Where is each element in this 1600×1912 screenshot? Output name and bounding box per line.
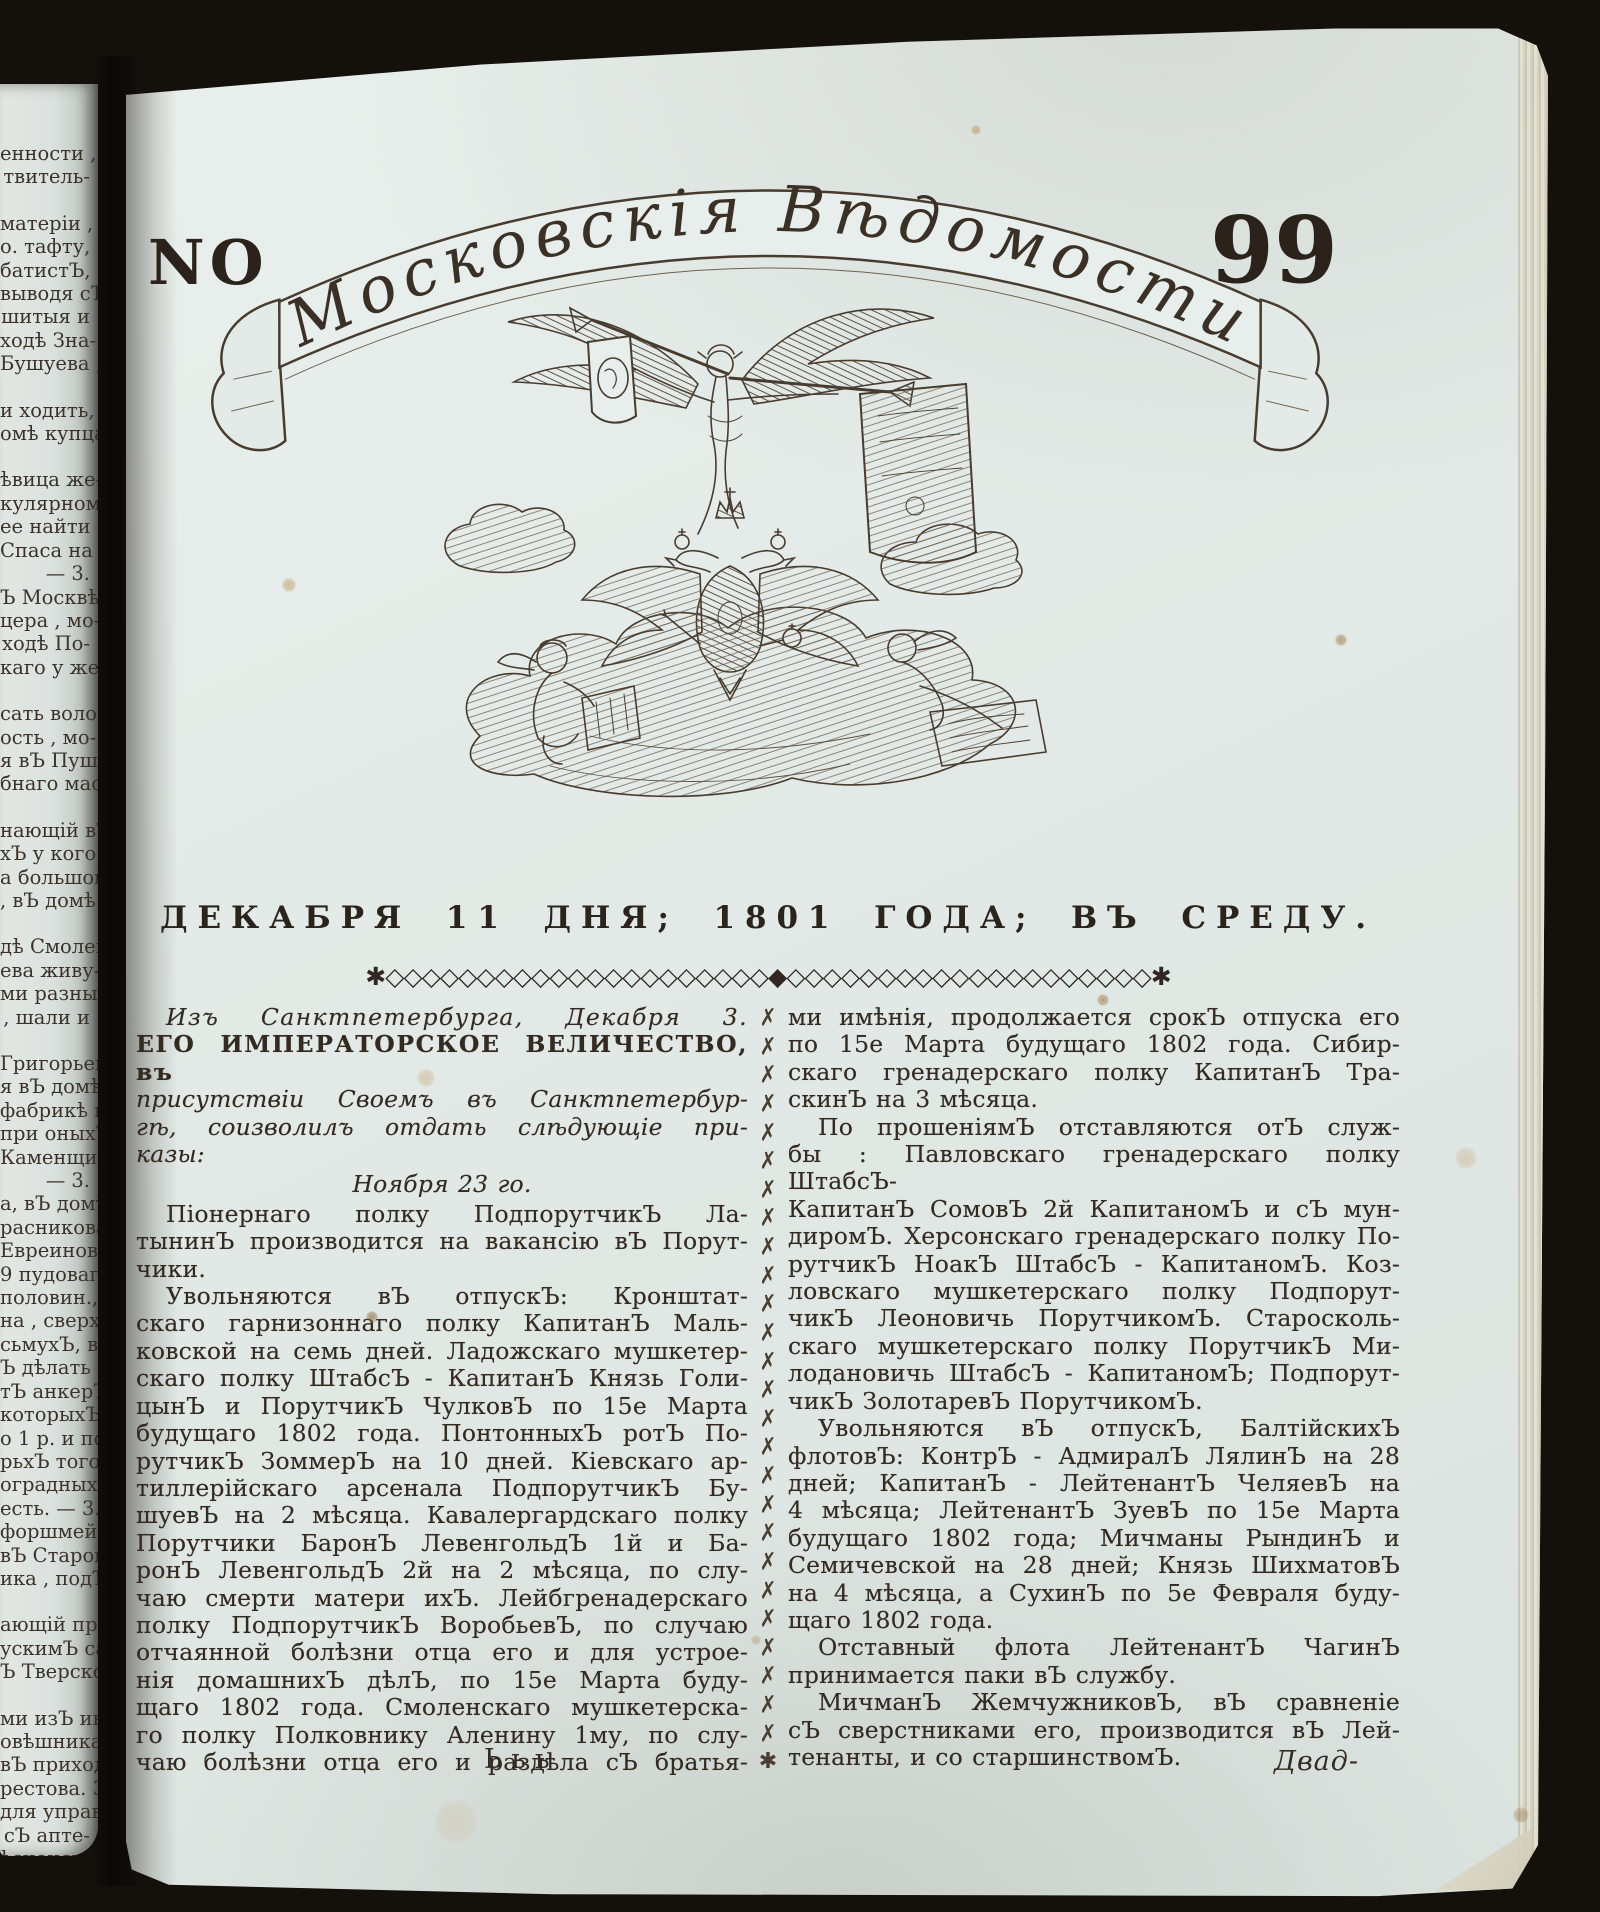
text-line: принимается паки вЪ службу. [788,1662,1400,1689]
prev-page-text-fragment: форшмей- [0,1520,90,1543]
text-line: присутствіи Своемъ въ Санктпетербур- [136,1086,748,1113]
paragraph: Піонернаго полку ПодпорутчикЪ Ла-тынинЪ … [136,1201,748,1283]
text-line: скаго гренадерскаго полку КапитанЪ Тра- [788,1059,1400,1086]
left-column: Изъ Санктпетербурга, Декабря 3.ЕГО ИМПЕР… [136,1004,748,1776]
stain-spot [1335,634,1347,646]
prev-page-text-fragment: сЪ апте- [0,1824,90,1847]
prev-page-text-fragment: , вЪ домѣ [0,889,90,912]
text-line: будущаго 1802 года. ПонтонныхЪ ротЪ По- [136,1420,748,1447]
prev-page-text-fragment: при оныхЪ, [0,1122,90,1145]
prev-page-text-fragment: ика , подЪ [0,1567,90,1590]
prev-page-text-fragment: Ъ Москвѣ, [0,586,90,609]
divider-ornament: ✗ [760,1177,777,1201]
ornament-separator: ✱◇◇◇◇◇◇◇◇◇◇◇◇◇◇◇◇◇◇◇◇◇◆◇◇◇◇◇◇◇◇◇◇◇◇◇◇◇◇◇… [136,962,1400,991]
prev-page-text-fragment: ѣвица же- [0,468,90,491]
stain-spot [971,125,981,135]
text-line: цынЪ и ПорутчикЪ ЧулковЪ по 15е Марта [136,1393,748,1420]
stain-spot [417,1069,435,1087]
text-line: ЕГО ИМПЕРАТОРСКОЕ ВЕЛИЧЕСТВО, въ [136,1031,748,1086]
divider-ornament: ✗ [760,1234,777,1258]
prev-page-text-fragment: омѣ купца [0,422,90,445]
text-line: на 4 мѣсяца, а СухинЪ по 5е Февраля буду… [788,1580,1400,1607]
divider-ornament: ✗ [760,1148,777,1172]
catchword: Двад- [1274,1746,1359,1777]
prev-page-text-fragment: сьмухЪ, вЪ [0,1333,90,1356]
prev-page-text-fragment: матеріи , [0,212,90,235]
text-line: бы : Павловскаго гренадерскаго полку Шта… [788,1141,1400,1196]
paragraph: Ноября 23 го. [136,1171,748,1198]
divider-ornament: ✗ [760,1463,777,1487]
prev-page-text-fragment: о 1 р. и по [0,1427,90,1450]
text-line: полку ПодпорутчикЪ ВоробьевЪ, по случаю [136,1612,748,1639]
text-line: щаго 1802 года. [788,1607,1400,1634]
text-line: тиллерійскаго арсенала ПодпорутчикЪ Бу- [136,1475,748,1502]
prev-page-text-fragment: хЪ у кого [0,842,90,865]
prev-page-text-fragment: Спаса на [0,539,90,562]
prev-page-text-fragment: Каменщи- [0,1146,90,1169]
prev-page-text-fragment: , шали и [0,1006,90,1029]
article-columns: Изъ Санктпетербурга, Декабря 3.ЕГО ИМПЕР… [136,1004,1400,1776]
prev-page-text-fragment: выводя сЪ [0,282,90,305]
text-line: чикЪ ЗолотаревЪ ПорутчикомЪ. [788,1388,1400,1415]
text-line: чаю болѣзни отца его и раздѣла сЪ братья… [136,1749,748,1776]
divider-ornament: ✗ [760,1578,777,1602]
divider-ornament: ✗ [760,1549,777,1573]
text-line: сЪ сверстниками его, производится вЪ Лей… [788,1717,1400,1744]
prev-page-text-fragment: — 3. [0,1169,90,1192]
photo-scene: енности ,твитель-матеріи ,о. тафту,батис… [0,0,1600,1912]
page-edge-sheets [1518,30,1548,1884]
divider-ornament: ✗ [760,1692,777,1716]
text-line: флотовЪ: КонтрЪ - АдмиралЪ ЛялинЪ на 28 [788,1443,1400,1470]
paragraph: По прошеніямЪ отставляются отЪ служ-бы :… [788,1114,1400,1415]
text-line: скинЪ на 3 мѣсяца. [788,1086,1400,1113]
stain-spot [1097,994,1109,1006]
prev-page-text-fragment: ходѣ Зна- [0,329,90,352]
text-line: КапитанЪ СомовЪ 2й КапитаномЪ и сЪ мун- [788,1196,1400,1223]
text-line: Отставный флота ЛейтенантЪ ЧагинЪ [788,1634,1400,1661]
stain-spot [1513,1807,1529,1823]
stain-spot [1455,1147,1477,1169]
text-line: нія домашнихЪ дѣлЪ, по 15е Марта буду- [136,1667,748,1694]
text-line: По прошеніямЪ отставляются отЪ служ- [788,1114,1400,1141]
prev-page-text-fragment: ми разныя [0,982,90,1005]
trumpet-banner [860,384,976,563]
text-line: диромЪ. Херсонскаго гренадерскаго полку … [788,1223,1400,1250]
prev-page-text-fragment [0,796,90,819]
text-line: го полку Полковнику Аленину 1му, по слу- [136,1722,748,1749]
divider-ornament: ✗ [760,1663,777,1687]
prev-page-text-fragment: на , сверхЪ [0,1309,90,1332]
prev-page-text-fragment: кулярному [0,492,90,515]
prev-page-text-fragment: нающій вЪ [0,819,90,842]
column-divider: ✗✗✗✗✗✗✗✗✗✗✗✗✗✗✗✗✗✗✗✗✗✗✗✗✗✗✱ [748,1004,788,1776]
prev-page-text-fragment: ева живу- [0,959,90,982]
prev-page-text-fragment: ЕвреиновЪ [0,1239,90,1262]
prev-page-text-fragment: есть. — 3. [0,1497,90,1520]
text-line: Порутчики БаронЪ ЛевенгольдЪ 1й и Ба- [136,1530,748,1557]
stain-spot [434,1800,478,1844]
text-line: шуевЪ на 2 мѣсяца. Кавалергардскаго полк… [136,1502,748,1529]
divider-ornament: ✗ [760,1406,777,1430]
prev-page-text-fragment: для управ- [0,1800,90,1823]
prev-page-text-fragment: я вЪ Пуш- [0,749,90,772]
prev-page-text-fragment: рестова. 3. [0,1777,90,1800]
text-line: гѣ, соизволилъ отдать слѣдующіе при- [136,1114,748,1141]
prev-page-text-fragment: дѣ Смолен. [0,935,90,958]
paragraph: Изъ Санктпетербурга, Декабря 3.ЕГО ИМПЕР… [136,1004,748,1168]
prev-page-text-fragment: вЪ Старой [0,1544,90,1567]
text-line: Піонернаго полку ПодпорутчикЪ Ла- [136,1201,748,1228]
text-line: Семичевской на 28 дней; Князь ШихматовЪ [788,1552,1400,1579]
masthead-engraving [330,266,1120,854]
prev-page-text-fragment: бнаго мас- [0,772,90,795]
prev-page-text-fragment: каго у же- [0,656,90,679]
prev-page-text-fragment: овѣшника, [0,1730,90,1753]
prev-page-text-fragment: — 3. [0,562,90,585]
prev-page-text-fragment: 9 пудоваго [0,1263,90,1286]
prev-page-text-fragment: я вЪ домѣ [0,1075,90,1098]
text-line: ковской на семь дней. Ладожскаго мушкете… [136,1338,748,1365]
text-line: 4 мѣсяца; ЛейтенантЪ ЗуевЪ по 15е Марта [788,1497,1400,1524]
divider-ornament: ✗ [760,1606,777,1630]
prev-page-text-fragment: цера , мо- [0,609,90,632]
divider-ornament: ✗ [760,1291,777,1315]
prev-page-text-fragment: твитель- [0,165,90,188]
text-line: казы: [136,1141,748,1168]
divider-ornament: ✗ [760,1205,777,1229]
divider-ornament: ✗ [760,1635,777,1659]
text-line: будущаго 1802 года; Мичманы РындинЪ и [788,1525,1400,1552]
prev-page-text-fragment [0,1029,90,1052]
prev-page-text-fragment: оградныхЪ [0,1473,90,1496]
divider-ornament: ✗ [760,1005,777,1029]
prev-page-text-fragment: шитыя и [0,305,90,328]
prev-page-text-fragment: и ходить, [0,399,90,422]
text-line: МичманЪ ЖемчужниковЪ, вЪ сравненіе [788,1689,1400,1716]
prev-page-text-fragment: ми изЪ ино- [0,1707,90,1730]
text-line: Изъ Санктпетербурга, Декабря 3. [136,1004,748,1031]
prev-page-text-fragment: ходѣ По- [0,632,90,655]
divider-ornament: ✗ [760,1034,777,1058]
text-line: ловскаго мушкетерскаго полку Подпорут- [788,1278,1400,1305]
text-line: рутчикЪ ЗоммерЪ на 10 дней. Кіевскаго ар… [136,1448,748,1475]
text-line: Увольняются вЪ отпускЪ, БалтійскихЪ [788,1415,1400,1442]
divider-ornament: ✗ [760,1377,777,1401]
newspaper-page: NO 99 Московскія Вѣдомости [126,0,1548,1898]
prev-page-text-fragment: Ъ Тверской [0,1660,90,1683]
text-line: тынинЪ производится на вакансію вЪ Порут… [136,1228,748,1255]
prev-page-text-fragment: которыхЪ [0,1403,90,1426]
prev-page-text-fragment [0,912,90,935]
stain-spot [282,578,296,592]
prev-page-text-fragment: фабрикѣ и [0,1099,90,1122]
divider-ornament-end: ✱ [759,1751,777,1773]
divider-ornament: ✗ [760,1492,777,1516]
text-line: отчаянной болѣзни отца его и для устрое- [136,1639,748,1666]
prev-page-text-fragment [0,376,90,399]
text-line: лодановичь ШтабсЪ - КапитаномЪ; Подпорут… [788,1360,1400,1387]
text-line: Ноября 23 го. [136,1171,748,1198]
prev-page-text-fragment: половин., [0,1286,90,1309]
previous-page-text-column: енности ,твитель-матеріи ,о. тафту,батис… [0,84,98,1856]
prev-page-text-fragment [0,1590,90,1613]
paragraph: ми имѣнія, продолжается срокЪ отпуска ег… [788,1004,1400,1114]
divider-ornament: ✗ [760,1349,777,1373]
prev-page-text-fragment: тЪ анкерЪ [0,1380,90,1403]
previous-page-edge: енности ,твитель-матеріи ,о. тафту,батис… [0,84,98,1856]
text-line: рутчикЪ НоакЪ ШтабсЪ - КапитаномЪ. Коз- [788,1251,1400,1278]
divider-ornament: ✗ [760,1520,777,1544]
prev-page-text-fragment [0,1684,90,1707]
text-line: Увольняются вЪ отпускЪ: Кронштат- [136,1283,748,1310]
text-line: скаго полку ШтабсЪ - КапитанЪ Князь Голи… [136,1365,748,1392]
text-line: чаю смерти матери ихЪ. Лейбгренадерскаго [136,1585,748,1612]
prev-page-text-fragment: ее найти [0,515,90,538]
prev-page-text-fragment: ающій при- [0,1613,90,1636]
prev-page-text-fragment: ГригорьевЪ [0,1052,90,1075]
dateline: ДЕКАБРЯ 11 ДНЯ; 1801 ГОДА; ВЪ СРЕДУ. [136,900,1400,936]
prev-page-text-fragment: а, вЪ домѣ [0,1192,90,1215]
text-line: скаго мушкетерскаго полку ПорутчикЪ Ми- [788,1333,1400,1360]
paragraph: Увольняются вЪ отпускЪ, БалтійскихЪфлото… [788,1415,1400,1634]
prev-page-text-fragment: о. тафту, [0,235,90,258]
text-line: ми имѣнія, продолжается срокЪ отпуска ег… [788,1004,1400,1031]
text-line: по 15е Марта будущаго 1802 года. Сибир- [788,1031,1400,1058]
prev-page-text-fragment: ѣсненской [0,1847,90,1856]
fame-figure [508,308,976,563]
text-line: скаго гарнизоннаго полку КапитанЪ Маль- [136,1310,748,1337]
prev-page-text-fragment: сать воло- [0,702,90,725]
prev-page-text-fragment: енности , [0,142,90,165]
prev-page-text-fragment: батистЪ, [0,259,90,282]
eagle-body [697,566,764,672]
text-line: щаго 1802 года. Смоленскаго мушкетерска- [136,1694,748,1721]
folded-corner [1436,1828,1532,1890]
signature-mark: Ььь [484,1744,559,1775]
prev-page-text-fragment: рьхЪ того [0,1450,90,1473]
prev-page-text-fragment: Ъ дѣлать [0,1356,90,1379]
divider-ornament: ✗ [760,1263,777,1287]
prev-page-text-fragment [0,189,90,212]
divider-ornament: ✗ [760,1721,777,1745]
prev-page-text-fragment [0,679,90,702]
text-line: чикЪ Леоновичь ПорутчикомЪ. Старосколь- [788,1305,1400,1332]
prev-page-text-fragment: ускимЪ са- [0,1637,90,1660]
divider-ornament: ✗ [760,1120,777,1144]
imperial-crown [716,498,744,518]
ribbon-tail-right [1255,300,1328,450]
prev-page-text-fragment: расникова, [0,1216,90,1239]
prev-page-text-fragment [0,445,90,468]
stain-spot [751,1635,761,1645]
divider-ornament: ✗ [760,1091,777,1115]
prev-page-text-fragment: Бушуева , [0,352,90,375]
right-column: ми имѣнія, продолжается срокЪ отпуска ег… [788,1004,1400,1776]
divider-ornament: ✗ [760,1320,777,1344]
prev-page-text-fragment: ость , мо- [0,726,90,749]
text-line: ронЪ ЛевенгольдЪ 2й на 2 мѣсяца, по слу- [136,1557,748,1584]
paragraph: Отставный флота ЛейтенантЪ ЧагинЪпринима… [788,1634,1400,1689]
paragraph: Увольняются вЪ отпускЪ: Кронштат-скаго г… [136,1283,748,1776]
divider-ornament: ✗ [760,1434,777,1458]
text-line: дней; КапитанЪ - ЛейтенантЪ ЧеляевЪ на [788,1470,1400,1497]
stain-spot [366,1311,378,1323]
divider-ornament: ✗ [760,1062,777,1086]
prev-page-text-fragment: вЪ приходѣ [0,1753,90,1776]
text-line: чики. [136,1256,748,1283]
trumpet-pennant [588,336,636,423]
prev-page-text-fragment: а большой [0,866,90,889]
ribbon-tail-left [212,300,285,450]
